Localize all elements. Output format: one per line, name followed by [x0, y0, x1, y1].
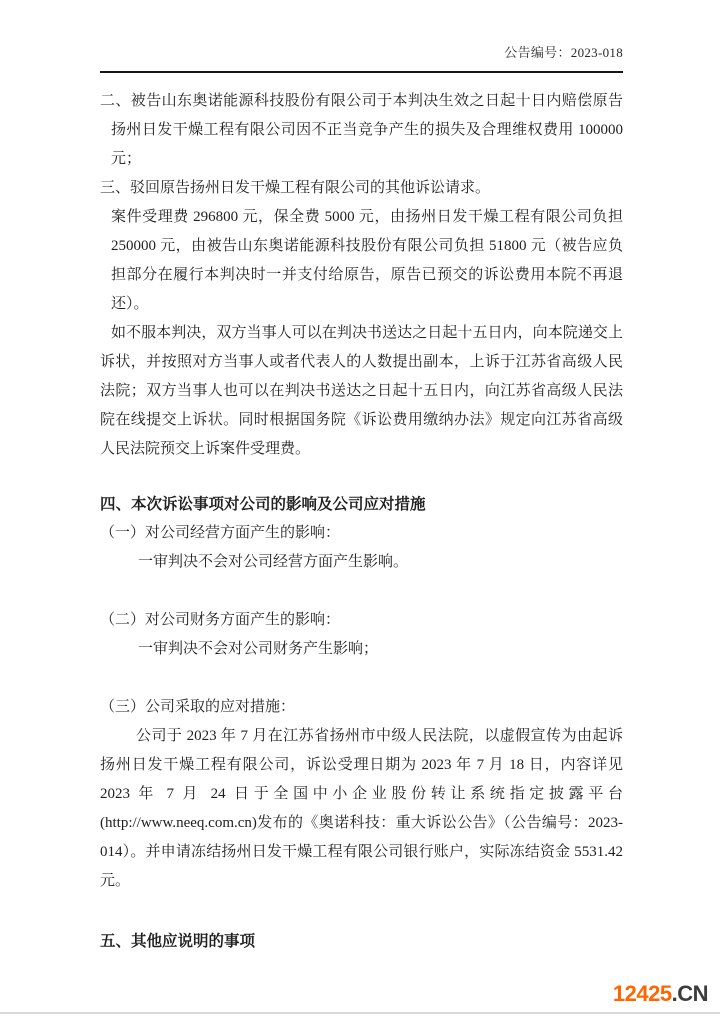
- watermark-number: 12425: [613, 981, 672, 1006]
- header-divider: [100, 71, 623, 73]
- section-4-heading: 四、本次诉讼事项对公司的影响及公司应对措施: [100, 490, 623, 519]
- section-5-heading: 五、其他应说明的事项: [100, 927, 623, 956]
- item-3-text: 驳回原告扬州日发干燥工程有限公司的其他诉讼请求。: [130, 180, 490, 196]
- judgment-item-2: 二、被告山东奥诺能源科技股份有限公司于本判决生效之日起十日内赔偿原告扬州日发干燥…: [100, 87, 623, 174]
- site-watermark[interactable]: 12425.CN: [613, 983, 708, 1005]
- response-measures-body: 公司于 2023 年 7 月在江苏省扬州市中级人民法院，以虚假宣传为由起诉扬州日…: [100, 722, 623, 896]
- watermark-suffix: .CN: [672, 981, 708, 1006]
- announcement-page: 公告编号：2023-018 二、被告山东奥诺能源科技股份有限公司于本判决生效之日…: [0, 0, 720, 1017]
- impact-operations-body: 一审判决不会对公司经营方面产生影响。: [100, 548, 623, 577]
- appeal-instructions-paragraph: 如不服本判决，双方当事人可以在判决书送达之日起十五日内，向本院递交上诉状，并按照…: [100, 319, 623, 464]
- footer-divider: [0, 1012, 720, 1014]
- impact-finance-title: （二）对公司财务方面产生的影响：: [100, 606, 623, 635]
- impact-finance-body: 一审判决不会对公司财务产生影响；: [100, 635, 623, 664]
- doc-number: 公告编号：2023-018: [100, 0, 623, 62]
- item-2-number: 二、: [100, 93, 131, 109]
- response-measures-title: （三）公司采取的应对措施：: [100, 693, 623, 722]
- impact-operations-title: （一）对公司经营方面产生的影响：: [100, 519, 623, 548]
- item-3-number: 三、: [100, 180, 130, 196]
- judgment-item-3: 三、驳回原告扬州日发干燥工程有限公司的其他诉讼请求。: [100, 174, 623, 203]
- document-content: 公告编号：2023-018 二、被告山东奥诺能源科技股份有限公司于本判决生效之日…: [0, 0, 720, 956]
- item-2-text: 被告山东奥诺能源科技股份有限公司于本判决生效之日起十日内赔偿原告扬州日发干燥工程…: [111, 93, 623, 167]
- court-fees-paragraph: 案件受理费 296800 元，保全费 5000 元，由扬州日发干燥工程有限公司负…: [100, 203, 623, 319]
